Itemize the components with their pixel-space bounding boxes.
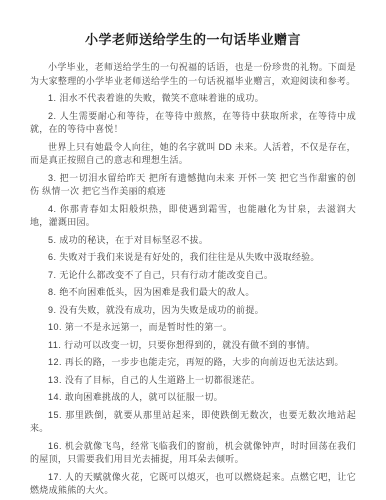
quote-item: 5. 成功的秘诀，在于对目标坚忍不拔。: [30, 234, 356, 248]
quote-item: 17. 人的天赋就像火花，它既可以熄灭，也可以燃烧起来。点燃它吧，让它燃烧成熊熊…: [30, 471, 356, 498]
quote-number: 1.: [48, 93, 57, 103]
intro-paragraph: 小学毕业，老师送给学生的一句祝福的话语，也是一份珍贵的礼物。下面是为大家整理的小…: [30, 61, 356, 88]
quote-number: 15.: [48, 410, 62, 420]
quote-item: 14. 敢向困难挑战的人，就可以征服一切。: [30, 391, 356, 405]
quote-number: 11.: [48, 340, 61, 350]
quote-number: 17.: [48, 472, 62, 482]
quote-number: 5.: [48, 235, 57, 245]
quote-item: 1. 泪水不代表着谁的失败，微笑不意味着谁的成功。: [30, 92, 356, 106]
quote-number: 3.: [48, 173, 57, 183]
document-page: 小学老师送给学生的一句话毕业赠言 小学毕业，老师送给学生的一句祝福的话语，也是一…: [0, 0, 386, 500]
page-title: 小学老师送给学生的一句话毕业赠言: [30, 32, 356, 48]
quote-item: 3. 把一切泪水留给昨天 把所有遗憾抛向未来 开怀一笑 把它当作甜蜜的创伤 纵情…: [30, 172, 356, 199]
quote-item: 2. 人生需要耐心和等待，在等待中煎熬，在等待中获取所求，在等待中成就，在的等待…: [30, 110, 356, 137]
quote-number: 10.: [48, 322, 62, 332]
quote-item: 16. 机会就像飞鸟，经常飞临我们的窗前，机会就像钟声，时时回荡在我们的屋顶，只…: [30, 440, 356, 467]
quote-list: 1. 泪水不代表着谁的失败，微笑不意味着谁的成功。2. 人生需要耐心和等待，在等…: [30, 92, 356, 498]
quote-number: 7.: [48, 270, 57, 280]
quote-number: 16.: [48, 441, 62, 451]
quote-item: 世界上只有她最令人向往，她的名字就叫 DD 未来。人活着，不仅是存在，而是真正按…: [30, 141, 356, 168]
quote-number: 4.: [48, 204, 57, 214]
quote-item: 9. 没有失败，就没有成功，因为失败是成功的前提。: [30, 304, 356, 318]
quote-item: 10. 第一不是永远第一，而是暂时性的第一。: [30, 321, 356, 335]
quote-number: 13.: [48, 375, 62, 385]
quote-item: 12. 再长的路，一步步也能走完，再短的路，大步的向前迈也无法达到。: [30, 356, 356, 370]
quote-number: 14.: [48, 392, 62, 402]
quote-item: 11. 行动可以改变一切，只要你想得到的，就没有做不到的事情。: [30, 339, 356, 353]
quote-item: 8. 绝不向困难低头，因为困难是我们最大的敌人。: [30, 286, 356, 300]
quote-item: 15. 那里跌倒，就要从那里站起来，即使跌倒无数次，也要无数次地站起来。: [30, 409, 356, 436]
quote-number: 9.: [48, 305, 57, 315]
quote-number: 6.: [48, 252, 57, 262]
quote-number: 12.: [48, 357, 62, 367]
quote-number: 2.: [48, 111, 57, 121]
quote-item: 6. 失败对于我们来说是有好处的，我们往往是从失败中汲取经验。: [30, 251, 356, 265]
quote-number: 8.: [48, 287, 57, 297]
quote-item: 13. 没有了目标，自己的人生道路上一切都很迷茫。: [30, 374, 356, 388]
quote-item: 7. 无论什么都改变不了自己，只有行动才能改变自己。: [30, 269, 356, 283]
quote-item: 4. 你那青春如太阳般炽热，即使遇到霜雪，也能融化为甘泉，去滋润大地，灌溉田园。: [30, 203, 356, 230]
